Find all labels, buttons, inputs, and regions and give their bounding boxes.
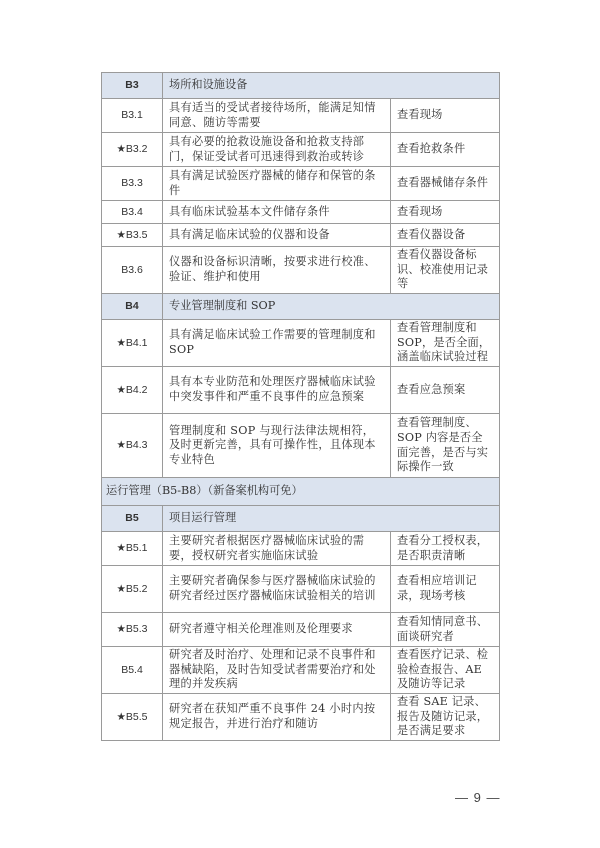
item-code-cell: ★B4.1: [102, 320, 163, 367]
check-method-cell: 查看相应培训记录，现场考核: [391, 566, 500, 613]
section-code: B4: [102, 294, 163, 320]
star-icon: ★: [116, 384, 125, 396]
evaluation-table: B3场所和设施设备B3.1具有适当的受试者接待场所，能满足知情同意、随访等需要查…: [101, 72, 500, 741]
item-code-cell: ★B5.1: [102, 532, 163, 566]
check-method-cell: 查看现场: [391, 201, 500, 224]
star-icon: ★: [116, 229, 125, 241]
table-row: ★B3.5具有满足临床试验的仪器和设备查看仪器设备: [102, 224, 500, 247]
requirement-cell: 具有必要的抢救设施设备和抢救支持部门，保证受试者可迅速得到救治或转诊: [163, 133, 391, 167]
item-code: B3.1: [121, 109, 143, 121]
check-method-cell: 查看分工授权表，是否职责清晰: [391, 532, 500, 566]
item-code: B3.5: [126, 229, 148, 241]
item-code: B4.2: [126, 384, 148, 396]
table-row: ★B5.5研究者在获知严重不良事件 24 小时内按规定报告，并进行治疗和随访查看…: [102, 694, 500, 741]
star-icon: ★: [116, 143, 125, 155]
requirement-cell: 具有本专业防范和处理医疗器械临床试验中突发事件和严重不良事件的应急预案: [163, 367, 391, 414]
requirement-cell: 具有满足临床试验工作需要的管理制度和 SOP: [163, 320, 391, 367]
table-row: B5.4研究者及时治疗、处理和记录不良事件和器械缺陷，及时告知受试者需要治疗和处…: [102, 647, 500, 694]
item-code-cell: B3.1: [102, 99, 163, 133]
item-code: B3.3: [121, 177, 143, 189]
requirement-cell: 具有适当的受试者接待场所，能满足知情同意、随访等需要: [163, 99, 391, 133]
item-code-cell: B3.3: [102, 167, 163, 201]
star-icon: ★: [116, 711, 125, 723]
section-title: 项目运行管理: [163, 506, 500, 532]
item-code: B3.6: [121, 264, 143, 276]
requirement-cell: 具有满足试验医疗器械的储存和保管的条件: [163, 167, 391, 201]
requirement-cell: 管理制度和 SOP 与现行法律法规相符，及时更新完善，具有可操作性，且体现本专业…: [163, 414, 391, 478]
check-method-cell: 查看知情同意书、面谈研究者: [391, 613, 500, 647]
requirement-cell: 主要研究者确保参与医疗器械临床试验的研究者经过医疗器械临床试验相关的培训: [163, 566, 391, 613]
item-code: B4.3: [126, 439, 148, 451]
section-code: B5: [102, 506, 163, 532]
item-code-cell: ★B3.2: [102, 133, 163, 167]
section-header-row: B3场所和设施设备: [102, 73, 500, 99]
item-code-cell: B3.4: [102, 201, 163, 224]
requirement-cell: 仪器和设备标识清晰，按要求进行校准、验证、维护和使用: [163, 247, 391, 294]
item-code-cell: ★B4.2: [102, 367, 163, 414]
item-code: B5.5: [126, 711, 148, 723]
item-code: B5.2: [126, 583, 148, 595]
check-method-cell: 查看现场: [391, 99, 500, 133]
item-code: B5.1: [126, 542, 148, 554]
page-number: — 9 —: [455, 790, 500, 805]
table-row: ★B4.2具有本专业防范和处理医疗器械临床试验中突发事件和严重不良事件的应急预案…: [102, 367, 500, 414]
table-row: B3.3具有满足试验医疗器械的储存和保管的条件查看器械储存条件: [102, 167, 500, 201]
table-row: ★B4.1具有满足临床试验工作需要的管理制度和 SOP查看管理制度和 SOP，是…: [102, 320, 500, 367]
requirement-cell: 研究者在获知严重不良事件 24 小时内按规定报告，并进行治疗和随访: [163, 694, 391, 741]
star-icon: ★: [116, 583, 125, 595]
star-icon: ★: [116, 542, 125, 554]
item-code: B3.4: [121, 206, 143, 218]
item-code-cell: ★B4.3: [102, 414, 163, 478]
table-row: ★B3.2具有必要的抢救设施设备和抢救支持部门，保证受试者可迅速得到救治或转诊查…: [102, 133, 500, 167]
table-row: ★B5.3研究者遵守相关伦理准则及伦理要求查看知情同意书、面谈研究者: [102, 613, 500, 647]
section-title: 场所和设施设备: [163, 73, 500, 99]
group-header-row: 运行管理（B5-B8）（新备案机构可免）: [102, 478, 500, 506]
item-code: B5.4: [121, 664, 143, 676]
section-header-row: B5项目运行管理: [102, 506, 500, 532]
item-code-cell: ★B5.5: [102, 694, 163, 741]
group-header: 运行管理（B5-B8）（新备案机构可免）: [102, 478, 500, 506]
item-code-cell: ★B5.2: [102, 566, 163, 613]
item-code-cell: ★B5.3: [102, 613, 163, 647]
item-code: B5.3: [126, 623, 148, 635]
check-method-cell: 查看管理制度和 SOP，是否全面，涵盖临床试验过程: [391, 320, 500, 367]
item-code-cell: ★B3.5: [102, 224, 163, 247]
check-method-cell: 查看应急预案: [391, 367, 500, 414]
check-method-cell: 查看 SAE 记录、报告及随访记录，是否满足要求: [391, 694, 500, 741]
table-row: ★B5.2主要研究者确保参与医疗器械临床试验的研究者经过医疗器械临床试验相关的培…: [102, 566, 500, 613]
star-icon: ★: [116, 439, 125, 451]
section-title: 专业管理制度和 SOP: [163, 294, 500, 320]
item-code: B4.1: [126, 337, 148, 349]
section-code: B3: [102, 73, 163, 99]
table-row: B3.6仪器和设备标识清晰，按要求进行校准、验证、维护和使用查看仪器设备标识、校…: [102, 247, 500, 294]
requirement-cell: 研究者及时治疗、处理和记录不良事件和器械缺陷，及时告知受试者需要治疗和处理的并发…: [163, 647, 391, 694]
requirement-cell: 研究者遵守相关伦理准则及伦理要求: [163, 613, 391, 647]
check-method-cell: 查看仪器设备: [391, 224, 500, 247]
check-method-cell: 查看管理制度、SOP 内容是否全面完善，是否与实际操作一致: [391, 414, 500, 478]
check-method-cell: 查看医疗记录、检验检查报告、AE 及随访等记录: [391, 647, 500, 694]
table-row: ★B5.1主要研究者根据医疗器械临床试验的需要，授权研究者实施临床试验查看分工授…: [102, 532, 500, 566]
star-icon: ★: [116, 623, 125, 635]
requirement-cell: 具有满足临床试验的仪器和设备: [163, 224, 391, 247]
requirement-cell: 具有临床试验基本文件储存条件: [163, 201, 391, 224]
section-header-row: B4专业管理制度和 SOP: [102, 294, 500, 320]
check-method-cell: 查看器械储存条件: [391, 167, 500, 201]
star-icon: ★: [116, 337, 125, 349]
table-row: B3.4具有临床试验基本文件储存条件查看现场: [102, 201, 500, 224]
check-method-cell: 查看仪器设备标识、校准使用记录等: [391, 247, 500, 294]
item-code: B3.2: [126, 143, 148, 155]
table-row: B3.1具有适当的受试者接待场所，能满足知情同意、随访等需要查看现场: [102, 99, 500, 133]
table-row: ★B4.3管理制度和 SOP 与现行法律法规相符，及时更新完善，具有可操作性，且…: [102, 414, 500, 478]
item-code-cell: B3.6: [102, 247, 163, 294]
requirement-cell: 主要研究者根据医疗器械临床试验的需要，授权研究者实施临床试验: [163, 532, 391, 566]
check-method-cell: 查看抢救条件: [391, 133, 500, 167]
item-code-cell: B5.4: [102, 647, 163, 694]
